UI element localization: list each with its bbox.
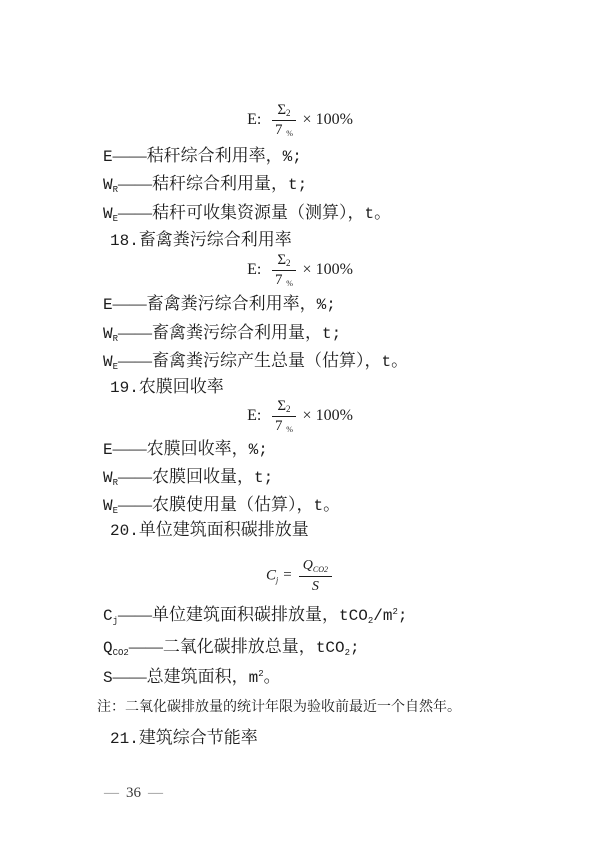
equals-sign: = [283, 567, 291, 583]
def-line-film-recovered-amount: WR——农膜回收量，t; [103, 467, 273, 488]
formula-suffix: × 100% [303, 111, 353, 128]
text-segment: t; [254, 469, 273, 487]
text-segment: %; [283, 148, 302, 166]
text-segment: t [365, 205, 375, 223]
fraction: Σ27 % [272, 251, 295, 289]
def-line-total-floor-area: S——总建筑面积，m2。 [103, 667, 281, 688]
heading-title: 单位建筑面积碳排放量 [139, 520, 309, 539]
text-segment: W [103, 497, 113, 515]
formula-carbon-per-building-area: Cj=QCO2S [0, 556, 600, 596]
heading-title: 建筑综合节能率 [139, 728, 258, 747]
text-segment: t; [322, 325, 341, 343]
text-segment: ——秸秆可收集资源量（测算）， [118, 203, 365, 222]
formula-lhs-subscript: j [276, 575, 278, 584]
note-statistics-period: 注：二氧化碳排放量的统计年限为验收前最近一个自然年。 [97, 699, 461, 717]
def-line-film-rate: E——农膜回收率，%; [103, 439, 268, 460]
text-segment: t [314, 497, 324, 515]
fraction-numerator: Σ2 [272, 101, 295, 121]
footer-dash-right: — [148, 785, 163, 801]
def-line-straw-rate: E——秸秆综合利用率，%; [103, 146, 302, 167]
def-line-straw-collectible-amount: WE——秸秆可收集资源量（测算），t。 [103, 203, 391, 224]
formula-prefix: E: [247, 261, 261, 278]
numerator-subscript: 2 [286, 108, 291, 118]
fraction: QCO2S [299, 556, 332, 596]
text-segment: /m [373, 607, 392, 625]
fraction-numerator: Σ2 [272, 397, 295, 417]
numerator-subscript: 2 [286, 404, 291, 414]
text-segment: ; [398, 607, 408, 625]
text-segment: ——秸秆综合利用量， [118, 174, 288, 193]
formula-straw-utilization-rate: E:Σ27 %× 100% [0, 101, 600, 139]
fraction-numerator: QCO2 [299, 556, 332, 577]
text-segment: ——畜禽粪污综合利用率， [113, 294, 317, 313]
text-segment: ——农膜回收量， [118, 467, 254, 486]
text-segment: ——畜禽粪污综合利用量， [118, 323, 322, 342]
formula-prefix: E: [247, 407, 261, 424]
text-segment: ——畜禽粪污综产生总量（估算）， [118, 351, 382, 370]
formula-manure-utilization-rate: E:Σ27 %× 100% [0, 251, 600, 289]
section-heading-19: 19.农膜回收率 [110, 377, 224, 398]
denominator-value: 7 [275, 122, 283, 138]
text-segment: W [103, 469, 113, 487]
denominator-subscript: % [286, 425, 293, 434]
fraction-denominator: 7 % [272, 417, 295, 435]
heading-number: 18. [110, 232, 139, 250]
def-line-manure-utilized-amount: WR——畜禽粪污综合利用量，t; [103, 323, 341, 344]
fraction-numerator: Σ2 [272, 251, 295, 271]
text-segment: E [103, 296, 113, 314]
heading-number: 21. [110, 730, 139, 748]
text-segment: %; [317, 296, 336, 314]
document-page: E:Σ27 %× 100% E——秸秆综合利用率，%; WR——秸秆综合利用量，… [0, 0, 600, 848]
heading-number: 19. [110, 379, 139, 397]
def-line-straw-utilized-amount: WR——秸秆综合利用量，t; [103, 174, 307, 195]
text-segment: ——单位建筑面积碳排放量， [118, 605, 339, 624]
text-segment: E [103, 441, 113, 459]
text-segment: tCO [339, 607, 368, 625]
def-line-co2-total: QCO2——二氧化碳排放总量，tCO2; [103, 637, 360, 658]
text-segment: C [103, 607, 113, 625]
sigma-symbol: Σ [277, 252, 286, 268]
text-segment: Q [103, 639, 113, 657]
text-segment: %; [249, 441, 268, 459]
text-segment: m [249, 669, 259, 687]
denominator-subscript: % [286, 129, 293, 138]
def-line-carbon-per-area: Cj——单位建筑面积碳排放量，tCO2/m2; [103, 605, 407, 626]
numerator-subscript: CO2 [313, 565, 328, 574]
text-segment: t [382, 353, 392, 371]
text-segment: ; [350, 639, 360, 657]
text-segment: S [103, 669, 113, 687]
text-segment: 。 [323, 495, 340, 514]
sigma-symbol: Σ [277, 102, 286, 118]
numerator-subscript: 2 [286, 258, 291, 268]
denominator-value: 7 [275, 418, 283, 434]
text-segment: 。 [264, 667, 281, 686]
section-heading-20: 20.单位建筑面积碳排放量 [110, 520, 309, 541]
section-heading-21: 21.建筑综合节能率 [110, 728, 258, 749]
numerator-symbol: Q [303, 558, 313, 573]
def-line-manure-rate: E——畜禽粪污综合利用率，%; [103, 294, 336, 315]
formula-lhs: C [266, 567, 276, 583]
text-segment: 。 [374, 203, 391, 222]
fraction: Σ27 % [272, 101, 295, 139]
fraction-denominator: 7 % [272, 121, 295, 139]
sigma-symbol: Σ [277, 398, 286, 414]
text-segment: W [103, 176, 113, 194]
def-line-film-used-amount: WE——农膜使用量（估算），t。 [103, 495, 340, 516]
text-segment: ——农膜使用量（估算）， [118, 495, 314, 514]
text-segment: ——秸秆综合利用率， [113, 146, 283, 165]
text-segment: ——农膜回收率， [113, 439, 249, 458]
text-segment: t; [288, 176, 307, 194]
text-segment: CO2 [113, 648, 129, 658]
page-number: 36 [126, 785, 141, 801]
text-segment: ——总建筑面积， [113, 667, 249, 686]
fraction: Σ27 % [272, 397, 295, 435]
heading-title: 农膜回收率 [139, 377, 224, 396]
formula-suffix: × 100% [303, 407, 353, 424]
formula-film-recovery-rate: E:Σ27 %× 100% [0, 397, 600, 435]
text-segment: W [103, 325, 113, 343]
text-segment: 。 [391, 351, 408, 370]
text-segment: tCO [316, 639, 345, 657]
heading-title: 畜禽粪污综合利用率 [139, 230, 292, 249]
text-segment: W [103, 353, 113, 371]
footer-dash-left: — [104, 785, 119, 801]
formula-suffix: × 100% [303, 261, 353, 278]
heading-number: 20. [110, 522, 139, 540]
page-footer: —36— [104, 785, 163, 802]
text-segment: ——二氧化碳排放总量， [129, 637, 316, 656]
denominator-subscript: % [286, 279, 293, 288]
denominator-value: 7 [275, 272, 283, 288]
section-heading-18: 18.畜禽粪污综合利用率 [110, 230, 292, 251]
formula-prefix: E: [247, 111, 261, 128]
fraction-denominator: 7 % [272, 271, 295, 289]
fraction-denominator: S [299, 577, 332, 596]
text-segment: W [103, 205, 113, 223]
text-segment: E [103, 148, 113, 166]
def-line-manure-total-amount: WE——畜禽粪污综产生总量（估算），t。 [103, 351, 408, 372]
